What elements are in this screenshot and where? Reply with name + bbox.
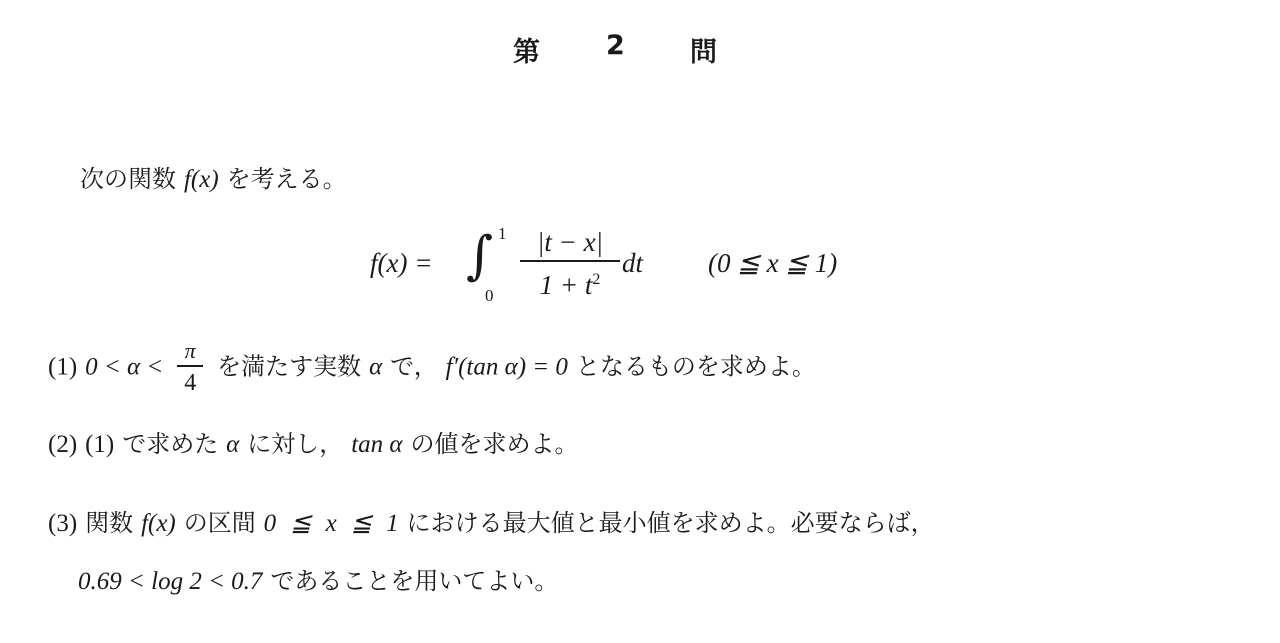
- log2-bounds: 0.69 < log 2 < 0.7: [78, 568, 262, 595]
- title-number: 2: [606, 30, 625, 61]
- integrand-numerator: |t − x|: [520, 226, 620, 258]
- fraction-denominator: 4: [177, 370, 203, 396]
- fraction-bar: [520, 260, 620, 262]
- question-2-text-3: の値を求めよ。: [410, 430, 578, 458]
- intro-prefix: 次の関数: [80, 165, 176, 193]
- question-3-text-1: 関数: [85, 509, 133, 537]
- domain-condition: (0 ≦ x ≦ 1): [708, 248, 837, 279]
- problem-title: 第 2 問: [0, 30, 1280, 70]
- denominator-exponent: 2: [592, 271, 600, 288]
- question-2-tan-alpha: tan α: [351, 431, 402, 458]
- question-1-text-3: となるものを求めよ。: [576, 352, 816, 380]
- integral-upper-limit: 1: [498, 224, 507, 244]
- question-1-label: (1): [48, 353, 77, 380]
- question-2: (2) (1) で求めた α に対し， tan α の値を求めよ。: [48, 428, 578, 461]
- question-2-alpha: α: [226, 431, 239, 458]
- pi-over-4-fraction: π 4: [177, 340, 203, 396]
- question-3-interval: 0 ≦ x ≦ 1: [264, 510, 399, 537]
- question-3-text-2: の区間: [184, 509, 256, 537]
- fraction-numerator: π: [177, 340, 203, 362]
- intro-suffix: を考える。: [227, 165, 347, 193]
- equation-lhs: f(x) =: [370, 248, 432, 279]
- question-1-text-1: を満たす実数: [217, 352, 361, 380]
- differential: dt: [622, 248, 643, 279]
- question-2-text-2: に対し，: [247, 430, 343, 458]
- intro-line: 次の関数 f(x) を考える。: [80, 163, 347, 196]
- question-3: (3) 関数 f(x) の区間 0 ≦ x ≦ 1 における最大値と最小値を求め…: [48, 507, 935, 540]
- integral-lower-limit: 0: [485, 286, 494, 306]
- question-3-label: (3): [48, 510, 77, 537]
- question-2-text-1: で求めた: [122, 430, 218, 458]
- question-3-text-3: における最大値と最小値を求めよ。必要ならば，: [407, 509, 935, 537]
- question-1-text-2: で，: [390, 352, 438, 380]
- question-1-inequality: 0 < α <: [85, 353, 163, 380]
- question-3-hint-text: であることを用いてよい。: [270, 567, 558, 595]
- question-2-reference: (1): [85, 431, 114, 458]
- denominator-base: 1 + t: [540, 270, 593, 300]
- question-1-alpha: α: [369, 353, 382, 380]
- question-1: (1) 0 < α < π 4 を満たす実数 α で， f′(tan α) = …: [48, 340, 816, 396]
- integrand-fraction: |t − x| 1 + t2: [520, 226, 620, 296]
- title-char-mon: 問: [690, 30, 717, 69]
- integrand-denominator: 1 + t2: [520, 264, 620, 296]
- question-2-label: (2): [48, 431, 77, 458]
- question-3-function: f(x): [141, 510, 176, 537]
- title-char-dai: 第: [513, 30, 540, 69]
- fraction-bar: [177, 365, 203, 367]
- question-3-hint: 0.69 < log 2 < 0.7 であることを用いてよい。: [78, 565, 558, 598]
- integral-sign: ∫: [466, 226, 493, 286]
- question-1-condition: f′(tan α) = 0: [446, 353, 568, 380]
- intro-function: f(x): [184, 166, 219, 193]
